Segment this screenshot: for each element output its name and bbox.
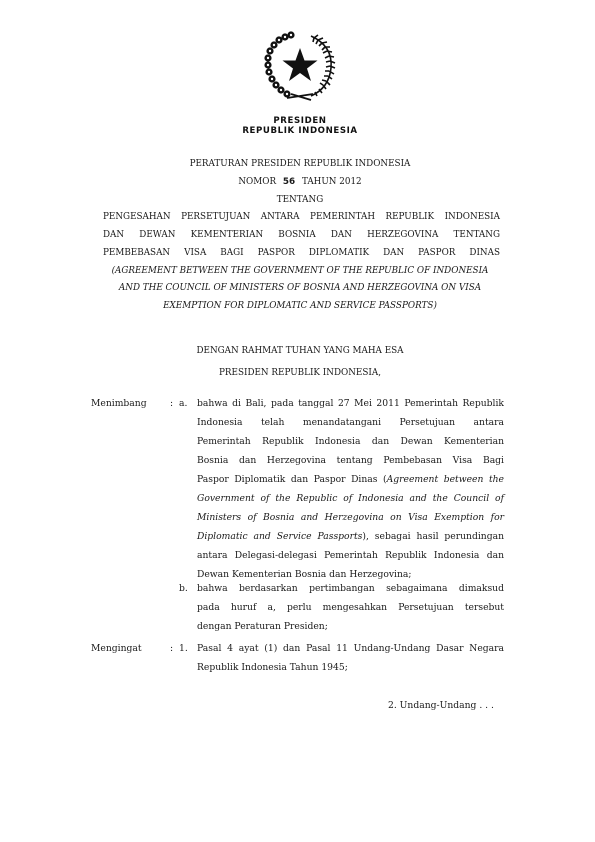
mengingat-label: Mengingat [91, 643, 142, 654]
nomor-label: NOMOR [238, 177, 276, 187]
text-line: Ministers of Bosnia and Herzegovina on V… [197, 508, 504, 527]
tahun-label: TAHUN 2012 [302, 177, 362, 187]
preamble-line-2: PRESIDEN REPUBLIK INDONESIA, [90, 368, 510, 379]
text-line: Paspor Diplomatik dan Paspor Dinas (Agre… [197, 470, 504, 489]
item-marker-1: 1. [179, 643, 188, 654]
page-continuation: 2. Undang-Undang . . . [388, 700, 494, 711]
text-line: bahwa di Bali, pada tanggal 27 Mei 2011 … [197, 394, 504, 413]
italic-segment: Agreement between the [387, 474, 504, 485]
english-title-line-2: AND THE COUNCIL OF MINISTERS OF BOSNIA A… [90, 283, 510, 294]
tentang-heading: TENTANG [90, 195, 510, 206]
text-line: Government of the Republic of Indonesia … [197, 489, 504, 508]
preamble-line-1: DENGAN RAHMAT TUHAN YANG MAHA ESA [90, 346, 510, 357]
presidential-emblem-icon [261, 28, 339, 104]
text-line: pada huruf a, perlu mengesahkan Persetuj… [197, 598, 504, 617]
text-segment: ), sebagai hasil perundingan [362, 531, 504, 542]
text-segment: Paspor Diplomatik dan Paspor Dinas ( [197, 474, 387, 485]
text-line: antara Delegasi-delegasi Pemerintah Repu… [197, 546, 504, 565]
menimbang-label: Menimbang [91, 398, 147, 409]
regulation-type: PERATURAN PRESIDEN REPUBLIK INDONESIA [90, 159, 510, 170]
mengingat-item-1: Pasal 4 ayat (1) dan Pasal 11 Undang-Und… [197, 639, 504, 677]
text-line: Pasal 4 ayat (1) dan Pasal 11 Undang-Und… [197, 639, 504, 658]
mengingat-colon: : [170, 643, 173, 654]
italic-segment: Diplomatic and Service Passports [197, 531, 362, 542]
subject-line-1: PENGESAHAN PERSETUJUAN ANTARA PEMERINTAH… [103, 212, 500, 223]
text-line: bahwa berdasarkan pertimbangan sebagaima… [197, 579, 504, 598]
subject-line-2: DAN DEWAN KEMENTERIAN BOSNIA DAN HERZEGO… [103, 230, 500, 241]
item-marker-b: b. [179, 583, 188, 594]
menimbang-item-a: bahwa di Bali, pada tanggal 27 Mei 2011 … [197, 394, 504, 584]
nomor-value: 56 [283, 177, 295, 187]
institution-name-line2: REPUBLIK INDONESIA [200, 126, 400, 136]
institution-name-line1: PRESIDEN [200, 116, 400, 126]
menimbang-colon: : [170, 398, 173, 409]
text-line: dengan Peraturan Presiden; [197, 617, 504, 636]
text-line: Republik Indonesia Tahun 1945; [197, 658, 504, 677]
text-line: Diplomatic and Service Passports), sebag… [197, 527, 504, 546]
text-line: Pemerintah Republik Indonesia dan Dewan … [197, 432, 504, 451]
english-title-line-3: EXEMPTION FOR DIPLOMATIC AND SERVICE PAS… [90, 301, 510, 312]
regulation-number: NOMOR 56 TAHUN 2012 [90, 177, 510, 188]
item-marker-a: a. [179, 398, 187, 409]
text-line: Bosnia dan Herzegovina tentang Pembebasa… [197, 451, 504, 470]
text-line: Indonesia telah menandatangani Persetuju… [197, 413, 504, 432]
english-title-line-1: (AGREEMENT BETWEEN THE GOVERNMENT OF THE… [90, 266, 510, 277]
subject-line-3: PEMBEBASAN VISA BAGI PASPOR DIPLOMATIK D… [103, 248, 500, 259]
menimbang-item-b: bahwa berdasarkan pertimbangan sebagaima… [197, 579, 504, 636]
document-page: PRESIDEN REPUBLIK INDONESIA PERATURAN PR… [0, 0, 595, 842]
